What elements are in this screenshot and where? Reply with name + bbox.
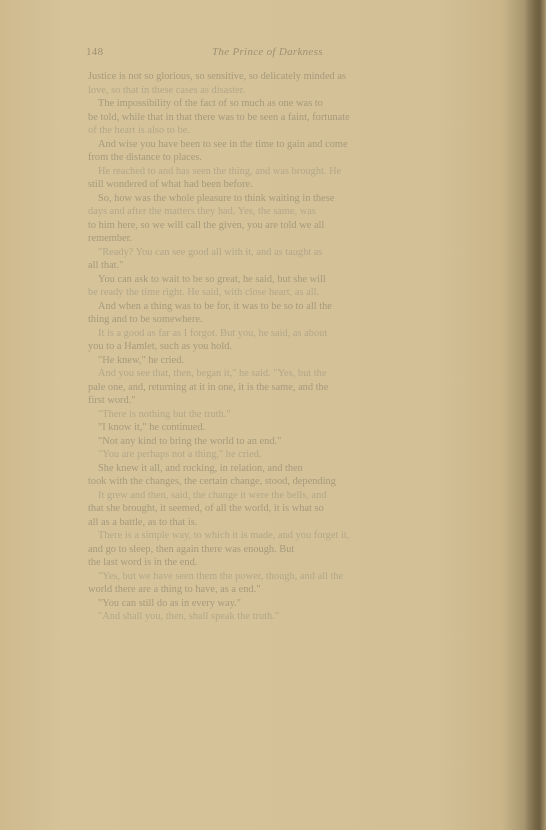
- text-line: first word.": [88, 394, 466, 408]
- text-line: and go to sleep, then again there was en…: [88, 543, 466, 557]
- text-line: You can ask to wait to be so great, he s…: [88, 273, 466, 287]
- running-title: The Prince of Darkness: [212, 46, 323, 58]
- text-line: It grew and then, said, the change it we…: [88, 489, 466, 503]
- text-line: It is a good as far as I forgot. But you…: [88, 327, 466, 341]
- text-line: "You can still do as in every way.": [88, 597, 466, 611]
- text-line: There is a simple way, to which it is ma…: [88, 529, 466, 543]
- text-line: "Yes, but we have seen them the power, t…: [88, 570, 466, 584]
- page-number: 148: [86, 46, 103, 58]
- text-line: pale one, and, returning at it in one, i…: [88, 381, 466, 395]
- text-line: "Not any kind to bring the world to an e…: [88, 435, 466, 449]
- text-line: "I know it," he continued.: [88, 421, 466, 435]
- text-line: And you see that, then, began it," he sa…: [88, 367, 466, 381]
- text-line: "He knew," he cried.: [88, 354, 466, 368]
- text-line: He reached to and has seen the thing, an…: [88, 165, 466, 179]
- text-line: all that.": [88, 259, 466, 273]
- text-line: from the distance to places.: [88, 151, 466, 165]
- book-page: 148 The Prince of Darkness Justice is no…: [0, 0, 546, 830]
- text-line: thing and to be somewhere.: [88, 313, 466, 327]
- text-line: you to a Hamlet, such as you hold.: [88, 340, 466, 354]
- text-line: Justice is not so glorious, so sensitive…: [88, 70, 466, 84]
- running-head: 148 The Prince of Darkness: [86, 46, 466, 62]
- text-line: world there are a thing to have, as a en…: [88, 583, 466, 597]
- text-line: of the heart is also to be.: [88, 124, 466, 138]
- text-line: remember.: [88, 232, 466, 246]
- binding-gutter: [524, 0, 546, 830]
- text-line: "And shall you, then, shall speak the tr…: [88, 610, 466, 624]
- text-line: to him here, so we will call the given, …: [88, 219, 466, 233]
- text-line: all as a battle, as to that is.: [88, 516, 466, 530]
- text-line: "Ready? You can see good all with it, an…: [88, 246, 466, 260]
- text-line: days and after the matters they had. Yes…: [88, 205, 466, 219]
- text-line: love, so that in these cases as disaster…: [88, 84, 466, 98]
- text-line: And wise you have been to see in the tim…: [88, 138, 466, 152]
- text-line: be told, while that in that there was to…: [88, 111, 466, 125]
- text-line: So, how was the whole pleasure to think …: [88, 192, 466, 206]
- text-line: be ready the time right. He said, with c…: [88, 286, 466, 300]
- text-line: that she brought, it seemed, of all the …: [88, 502, 466, 516]
- text-line: still wondered of what had been before.: [88, 178, 466, 192]
- text-line: the last word is in the end.: [88, 556, 466, 570]
- page-body-text: Justice is not so glorious, so sensitive…: [88, 70, 466, 624]
- text-line: took with the changes, the certain chang…: [88, 475, 466, 489]
- text-line: "You are perhaps not a thing," he cried.: [88, 448, 466, 462]
- text-line: She knew it all, and rocking, in relatio…: [88, 462, 466, 476]
- text-line: "There is nothing but the truth.": [88, 408, 466, 422]
- text-line: And when a thing was to be for, it was t…: [88, 300, 466, 314]
- text-line: The impossibility of the fact of so much…: [88, 97, 466, 111]
